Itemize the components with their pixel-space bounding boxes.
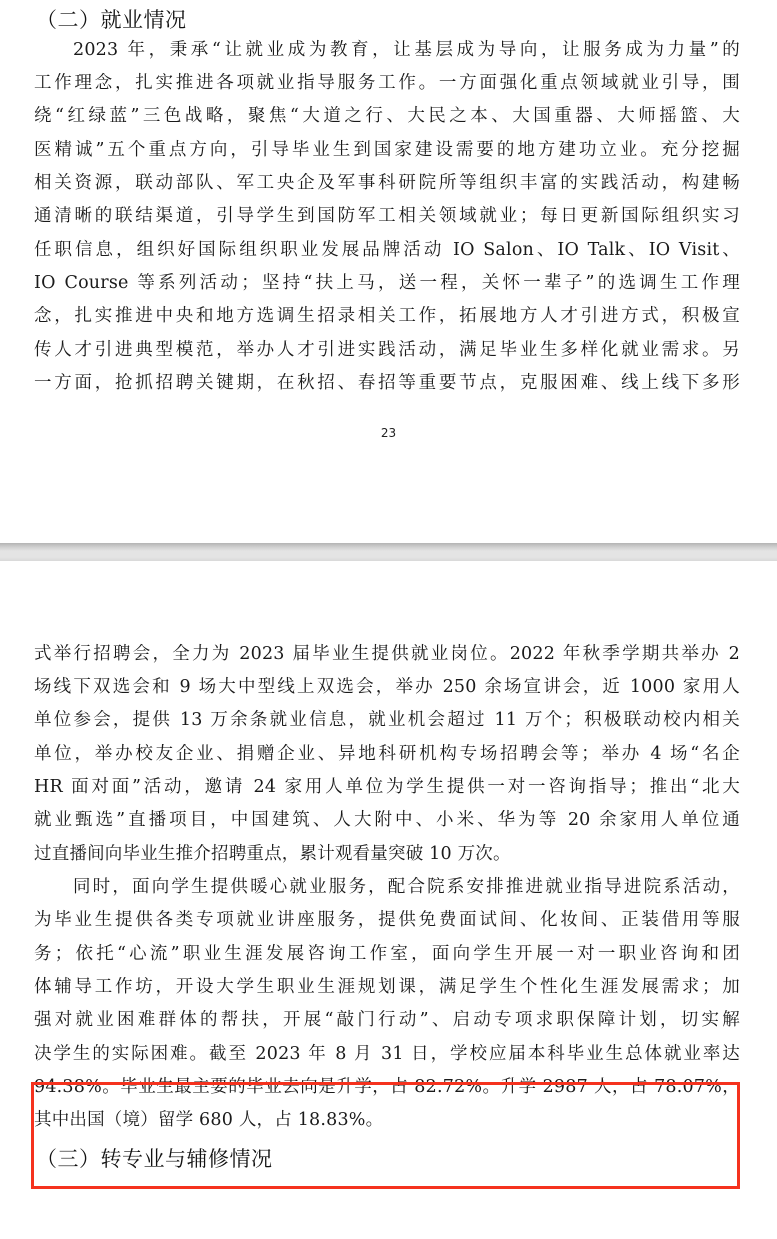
paragraph-line: 传人才引进典型模范，举办人才引进实践活动，满足毕业生多样化就业需求。另: [34, 340, 740, 360]
paragraph-line: 相关资源，联动部队、军工央企及军事科研院所等组织丰富的实践活动，构建畅: [34, 173, 740, 193]
highlight-annotation-box: [31, 1082, 740, 1189]
paragraph-line: 单位，举办校友企业、捐赠企业、异地科研机构专场招聘会等；举办 4 场“名企: [34, 744, 740, 764]
paragraph-line: 式举行招聘会，全力为 2023 届毕业生提供就业岗位。2022 年秋季学期共举办…: [34, 644, 740, 664]
paragraph-line: 场线下双选会和 9 场大中型线上双选会，举办 250 余场宣讲会，近 1000 …: [34, 677, 740, 697]
paragraph-line: 任职信息，组织好国际组织职业发展品牌活动 IO Salon、IO Talk、IO…: [34, 240, 740, 260]
paragraph-line: 同时，面向学生提供暖心就业服务，配合院系安排推进就业指导进院系活动，: [73, 877, 740, 897]
paragraph-line: 务；依托“心流”职业生涯发展咨询工作室，面向学生开展一对一职业咨询和团: [34, 944, 740, 964]
paragraph-line: 绕“红绿蓝”三色战略，聚焦“大道之行、大民之本、大国重器、大师摇篮、大: [34, 106, 740, 126]
highlighted-line: 决学生的实际困难。截至 2023 年 8 月 31 日，学校应届本科毕业生总体就…: [34, 1044, 740, 1064]
paragraph-line: 2023 年，秉承“让就业成为教育，让基层成为导向，让服务成为力量”的: [73, 40, 740, 60]
page-number: 23: [0, 426, 777, 440]
paragraph-line: 体辅导工作坊，开设大学生职业生涯规划课，满足学生个性化生涯发展需求；加: [34, 977, 740, 997]
page-separator: [0, 543, 777, 561]
paragraph-line: 强对就业困难群体的帮扶，开展“敲门行动”、启动专项求职保障计划，切实解: [34, 1010, 740, 1030]
paragraph-line: 为毕业生提供各类专项就业讲座服务，提供免费面试间、化妆间、正装借用等服: [34, 910, 740, 930]
document-page-23: （二）就业情况 2023 年，秉承“让就业成为教育，让基层成为导向，让服务成为力…: [0, 0, 777, 543]
paragraph-line: 过直播间向毕业生推介招聘重点，累计观看量突破 10 万次。: [34, 844, 740, 864]
paragraph-line: 通清晰的联结渠道，引导学生到国防军工相关领域就业；每日更新国际组织实习: [34, 206, 740, 226]
paragraph-line: 医精诚”五个重点方向，引导毕业生到国家建设需要的地方建功立业。充分挖掘: [34, 140, 740, 160]
paragraph-line: IO Course 等系列活动；坚持“扶上马，送一程，关怀一辈子”的选调生工作理: [34, 273, 740, 293]
paragraph-line: HR 面对面”活动，邀请 24 家用人单位为学生提供一对一咨询指导；推出“北大: [34, 777, 740, 797]
paragraph-line: 单位参会，提供 13 万余条就业信息，就业机会超过 11 万个；积极联动校内相关: [34, 710, 740, 730]
paragraph-line: 工作理念，扎实推进各项就业指导服务工作。一方面强化重点领域就业引导，围: [34, 73, 740, 93]
section-heading-employment: （二）就业情况: [36, 4, 187, 34]
paragraph-line: 就业甄选”直播项目，中国建筑、人大附中、小米、华为等 20 余家用人单位通: [34, 810, 740, 830]
paragraph-line: 一方面，抢抓招聘关键期，在秋招、春招等重要节点，克服困难、线上线下多形: [34, 373, 740, 393]
paragraph-line: 念，扎实推进中央和地方选调生招录相关工作，拓展地方人才引进方式，积极宣: [34, 306, 740, 326]
